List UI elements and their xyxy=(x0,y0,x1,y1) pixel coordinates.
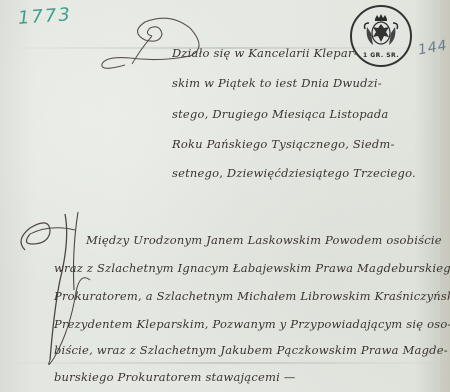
stamp-label: 1 GR. SR. xyxy=(363,52,399,59)
archive-number: 1773 xyxy=(17,4,72,29)
text-line: Prezydentem Kleparskim, Pozwanym y Przyp… xyxy=(54,317,450,331)
text-line: Roku Pańskiego Tysiącznego, Siedm- xyxy=(172,137,395,151)
paper-edge xyxy=(440,0,450,392)
text-line: stego, Drugiego Miesiąca Listopada xyxy=(172,107,388,121)
text-line: setnego, Dziewięćdziesiątego Trzeciego. xyxy=(172,166,416,180)
text-line: biście, wraz z Szlachetnym Jakubem Pączk… xyxy=(54,343,448,357)
text-line: Między Urodzonym Janem Laskowskim Powode… xyxy=(86,233,442,247)
text-line: wraz z Szlachetnym Ignacym Łabajewskim P… xyxy=(54,261,450,275)
text-line: Działo się w Kancelarii Klepar- xyxy=(172,46,358,60)
text-line: burskiego Prokuratorem stawającemi — xyxy=(54,370,296,384)
ornamental-initial-d-icon xyxy=(90,10,200,70)
crowned-eagle-icon xyxy=(361,13,401,51)
text-line: skim w Piątek to iest Dnia Dwudzi- xyxy=(172,76,382,90)
tax-stamp: 1 GR. SR. xyxy=(350,5,412,67)
text-line: Prokuratorem, a Szlachetnym Michałem Lib… xyxy=(54,289,450,303)
